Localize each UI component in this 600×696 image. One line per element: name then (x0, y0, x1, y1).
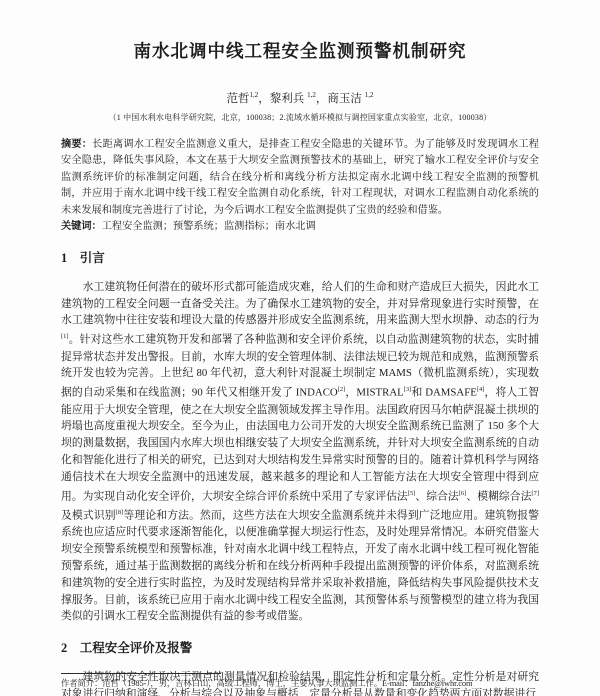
paper-title: 南水北调中线工程安全监测预警机制研究 (61, 40, 539, 62)
affiliation-line: （1 中国水利水电科学研究院，北京，100038；2.流域水循环模拟与调控国家重… (61, 112, 539, 124)
abstract-block: 摘要：长距离调水工程安全监测意义重大，是排查工程安全隐患的关键环节。为了能够及时… (61, 137, 539, 236)
keywords-line: 关键词：工程安全监测；预警系统；监测指标；南水北调 (61, 219, 539, 236)
keywords-label: 关键词： (61, 221, 102, 232)
keywords-text: 工程安全监测；预警系统；监测指标；南水北调 (102, 221, 316, 232)
footnote-divider (61, 673, 221, 674)
introduction-paragraph: 水工建筑物任何潜在的破坏形式都可能造成灾难，给人们的生命和财产造成巨大损失，因此… (61, 279, 539, 625)
author-line: 范哲1,2，黎利兵 1,2，商玉洁 1,2 (61, 88, 539, 107)
section-1-heading: 1 引言 (61, 250, 539, 267)
abstract-label: 摘要： (61, 139, 92, 150)
footnote-area: 作者简介：范哲（1985-），男，吉林白山，高级工程师，博士，主要从事大坝监测工… (61, 673, 539, 690)
paper-page: 南水北调中线工程安全监测预警机制研究 范哲1,2，黎利兵 1,2，商玉洁 1,2… (0, 0, 600, 696)
section-2-heading: 2 工程安全评价及报警 (61, 640, 539, 657)
abstract-text: 长距离调水工程安全监测意义重大，是排查工程安全隐患的关键环节。为了能够及时发现调… (61, 139, 539, 216)
author-bio-footnote: 作者简介：范哲（1985-），男，吉林白山，高级工程师，博士，主要从事大坝监测工… (61, 678, 539, 690)
